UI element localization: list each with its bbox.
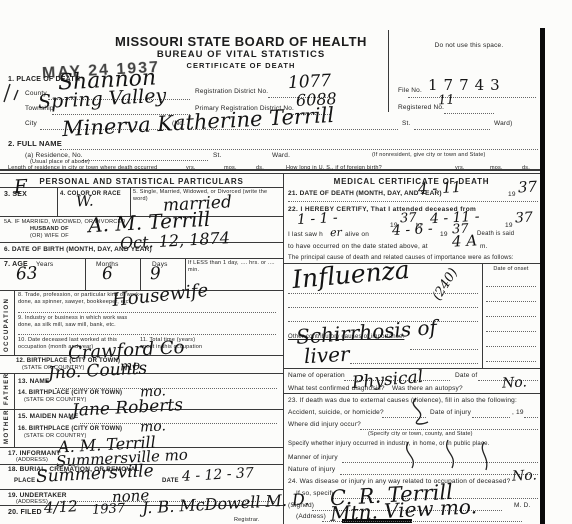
md-label: M. D. xyxy=(514,502,531,510)
burial-date-label: DATE xyxy=(162,478,179,485)
occupation-value-handwritten: Housewife xyxy=(111,282,209,310)
pen-stroke xyxy=(400,440,490,474)
related-value-handwritten: No. xyxy=(512,468,538,483)
dotted-line xyxy=(524,416,538,418)
nonresident-note: (If nonresident, give city or town and S… xyxy=(372,152,486,159)
dotted-line xyxy=(350,362,478,364)
personal-section-title: PERSONAL AND STATISTICAL PARTICULARS xyxy=(0,177,283,187)
attended-from-handwritten: 1 - 1 - xyxy=(297,211,338,227)
death-is-said-label: Death is said xyxy=(477,231,514,238)
m-suffix-label: m. xyxy=(480,243,488,251)
dotted-line xyxy=(288,306,478,308)
dotted-line xyxy=(486,345,536,347)
city-label: City xyxy=(25,120,37,128)
last-saw-fill-handwritten: er xyxy=(330,227,342,239)
age-years-label: Years xyxy=(36,261,53,269)
date-of-death-year-handwritten: 37 xyxy=(518,180,538,196)
dotted-line xyxy=(410,348,478,350)
injury-year-prefix-label: , 19 xyxy=(512,409,524,417)
column-divider xyxy=(283,173,284,524)
signed-label: (Signed) xyxy=(288,502,314,510)
file-no-value: 17743 xyxy=(428,76,506,94)
dotted-line xyxy=(486,360,536,362)
yrs-label: yrs. xyxy=(455,165,465,172)
registered-no-value: 11 xyxy=(438,94,455,108)
full-name-label: 2. FULL NAME xyxy=(8,139,62,148)
header-divider xyxy=(388,30,389,112)
mother-maiden-name-label: 15. MAIDEN NAME xyxy=(18,413,78,421)
informant-sublabel: (ADDRESS) xyxy=(16,457,48,464)
medical-section-title: MEDICAL CERTIFICATE OF DEATH xyxy=(283,177,540,187)
dotted-line xyxy=(82,159,208,161)
pen-stroke xyxy=(2,82,26,116)
ds-label: ds. xyxy=(522,165,530,172)
ds-label: ds. xyxy=(256,165,264,172)
year-prefix-label: 19 xyxy=(505,222,513,230)
residence-ward-label: Ward. xyxy=(272,152,290,160)
date-of-label: Date of xyxy=(455,372,477,380)
onset-column-divider xyxy=(482,263,483,368)
occupation-industry-label: 9. Industry or business in which work wa… xyxy=(18,315,140,328)
dob-value-handwritten: Oct. 12, 1874 xyxy=(120,230,231,252)
dotted-line xyxy=(360,428,538,430)
dotted-line xyxy=(408,96,536,98)
mother-side-label: MOTHER xyxy=(4,409,10,444)
form-subtitle: BUREAU OF VITAL STATISTICS xyxy=(95,49,387,60)
cell-divider xyxy=(85,258,86,290)
dotted-line xyxy=(486,300,536,302)
color-race-value-handwritten: W. xyxy=(76,194,94,210)
spouse-label-line3: (OR) WIFE OF xyxy=(30,233,69,240)
side-label-divider xyxy=(14,290,15,355)
alive-on-label: alive on xyxy=(345,231,369,239)
nature-of-injury-label: Nature of injury xyxy=(288,466,335,474)
city-ward-label: Ward) xyxy=(494,120,512,128)
full-name-value-handwritten: Minerva Katherine Terrill xyxy=(62,105,335,140)
death-time-handwritten: 4 A xyxy=(452,233,478,249)
do-not-use-note: Do not use this space. xyxy=(400,42,538,50)
age-years-value: 63 xyxy=(16,265,39,283)
dotted-line xyxy=(55,387,277,389)
dotted-line xyxy=(18,311,276,313)
side-label-divider xyxy=(14,409,15,447)
father-name-handwritten: Jno. Counts xyxy=(48,360,148,382)
dotted-line xyxy=(486,285,536,287)
year-prefix-label: 19 xyxy=(508,191,516,199)
dotted-line xyxy=(80,422,277,424)
dotted-line xyxy=(486,315,536,317)
sex-value-handwritten: F xyxy=(14,178,28,198)
autopsy-value-handwritten: No. xyxy=(502,375,528,390)
age-months-value: 6 xyxy=(102,266,114,284)
dotted-line xyxy=(444,112,494,114)
registrar-label: Registrar. xyxy=(234,517,260,524)
city-st-label: St. xyxy=(402,120,411,128)
residence-st-label: St. xyxy=(213,152,222,160)
burial-place-handwritten: Summersville xyxy=(36,463,154,486)
death-certificate-scan: MISSOURI STATE BOARD OF HEALTH BUREAU OF… xyxy=(0,0,572,524)
accident-label: Accident, suicide, or homicide? xyxy=(288,409,384,417)
operation-label: Name of operation xyxy=(288,372,345,380)
length-residence-label: Length of residence in city or town wher… xyxy=(8,165,157,172)
cause-code-handwritten: (240) xyxy=(431,266,461,303)
autopsy-label: Was there an autopsy? xyxy=(392,385,463,393)
dotted-line xyxy=(288,292,478,294)
date-of-onset-label: Date of onset xyxy=(484,266,538,273)
how-long-us-label: How long in U. S., if of foreign birth? xyxy=(286,165,382,172)
attended-to-year-handwritten: 37 xyxy=(515,211,534,226)
occupation-side-label: OCCUPATION xyxy=(4,298,10,352)
registrar-signature-handwritten: J. B. McDowell M. D. xyxy=(142,492,310,517)
where-injury-label: Where did injury occur? xyxy=(288,421,361,429)
side-label-divider xyxy=(14,373,15,409)
manner-of-injury-label: Manner of injury xyxy=(288,454,338,462)
pen-stroke xyxy=(388,398,448,428)
cell-divider xyxy=(140,258,141,290)
registration-district-label: Registration District No. xyxy=(195,88,268,96)
occurred-label: to have occurred on the date stated abov… xyxy=(288,243,428,251)
rule xyxy=(283,393,540,394)
contributory-line2-handwritten: liver xyxy=(304,344,350,366)
mos-label: mos. xyxy=(224,165,237,172)
burial-place-label: PLACE xyxy=(14,478,35,485)
father-name-label: 13. NAME xyxy=(18,378,50,386)
rule xyxy=(0,187,283,188)
right-border-bar xyxy=(540,28,545,524)
last-saw-pre-label: I last saw h xyxy=(288,231,323,239)
dotted-line xyxy=(486,330,536,332)
last-saw-date-handwritten: 4 - 6 - xyxy=(392,222,433,238)
form-title: MISSOURI STATE BOARD OF HEALTH xyxy=(95,34,387,49)
age-less-than-day-label: If LESS than 1 day, .... hrs. or .... mi… xyxy=(188,260,278,273)
year-prefix-label: 19 xyxy=(440,231,448,239)
specify-place-note: (Specify city or town, county, and State… xyxy=(368,431,473,438)
rule xyxy=(0,258,283,259)
mother-maiden-name-handwritten: Jane Roberts xyxy=(72,397,184,420)
mos-label: mos. xyxy=(490,165,503,172)
dotted-line xyxy=(288,200,538,202)
dotted-line xyxy=(414,128,490,130)
filed-date-handwritten: 4/12 xyxy=(44,499,78,516)
township-value-handwritten: Spring Valley xyxy=(38,87,167,113)
file-no-label: File No. xyxy=(398,87,422,95)
dotted-line xyxy=(472,416,510,418)
dotted-line xyxy=(18,333,276,335)
dotted-line xyxy=(60,148,538,150)
spouse-label-line2: HUSBAND OF xyxy=(30,226,69,233)
yrs-label: yrs. xyxy=(186,165,196,172)
cell-divider xyxy=(57,187,58,216)
burial-date-handwritten: 4 - 12 - 37 xyxy=(182,466,254,484)
filed-label: 20. FILED xyxy=(8,509,42,517)
filed-year-handwritten: 1937 xyxy=(92,502,126,517)
father-side-label: FATHER xyxy=(4,372,10,405)
section-rule xyxy=(0,173,540,174)
registered-no-label: Registered No. xyxy=(398,104,444,112)
date-of-death-handwritten: 4 - 11 xyxy=(418,180,462,197)
age-days-value: 9 xyxy=(150,266,162,284)
